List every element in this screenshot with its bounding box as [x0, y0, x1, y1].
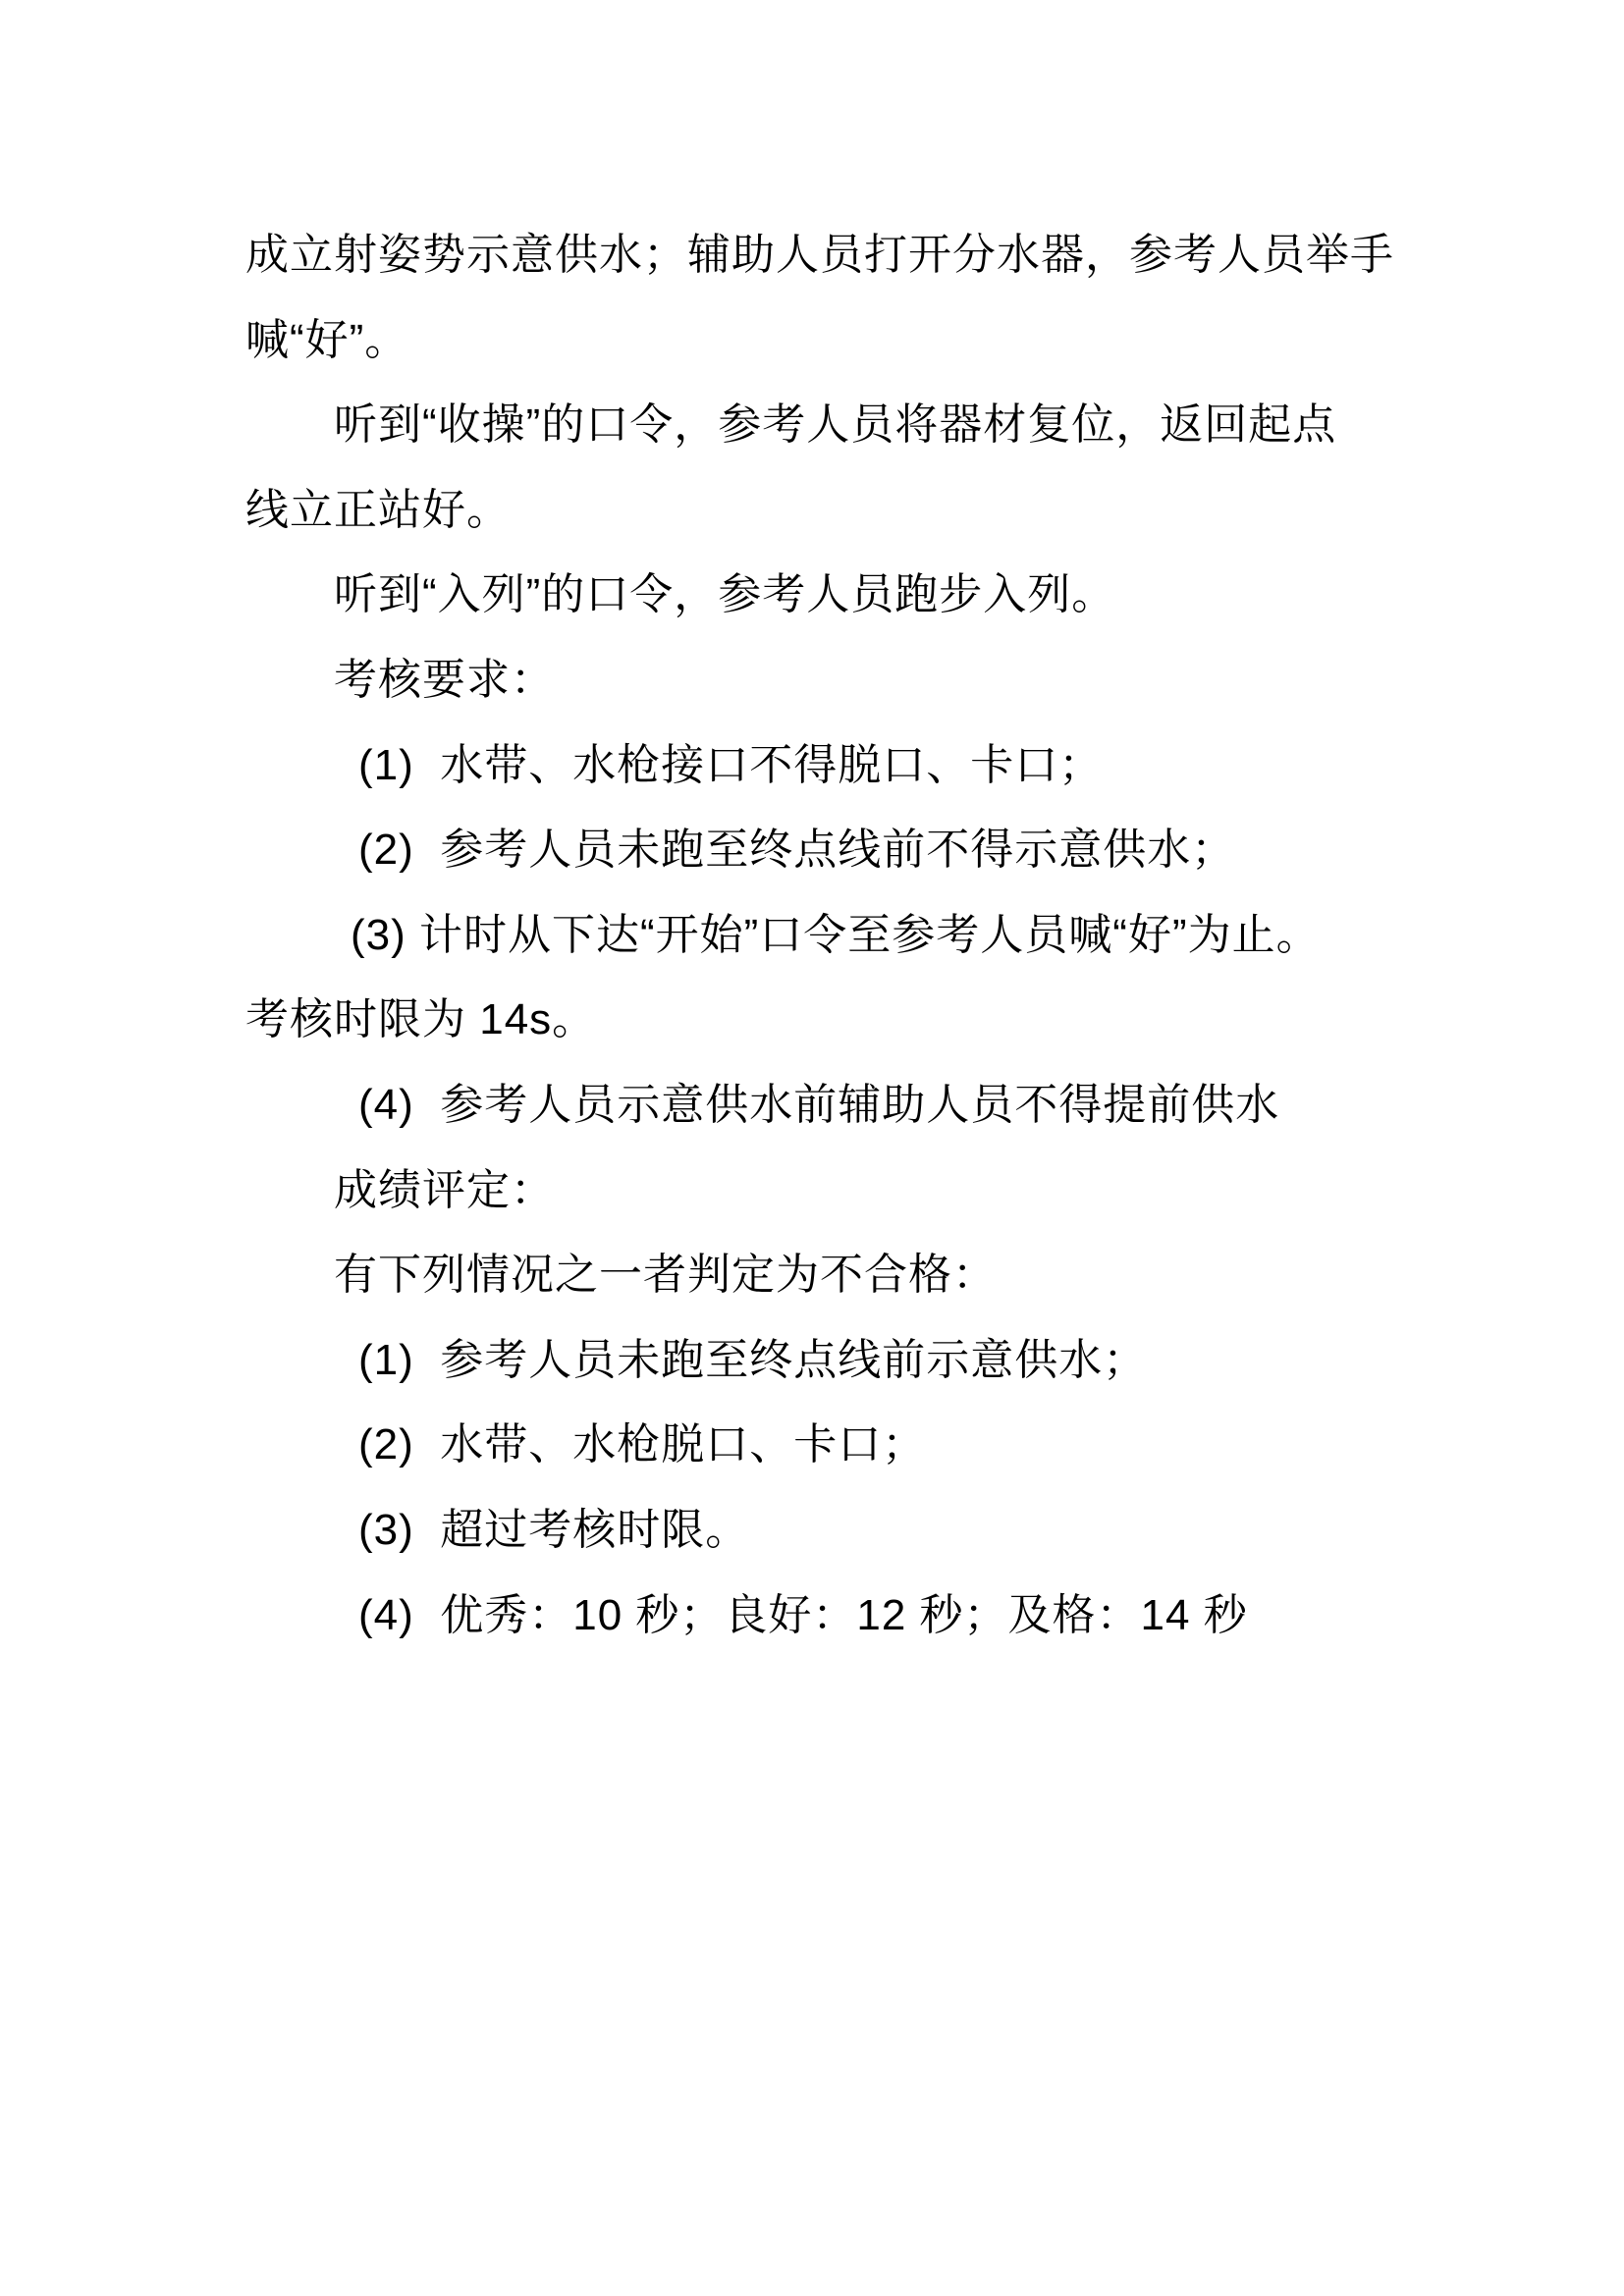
document-line-12: 成绩评定：	[0, 1148, 1624, 1234]
document-line-15: (2) 水带、水枪脱口、卡口；	[0, 1403, 1624, 1488]
document-line-4: 线立正站好。	[0, 468, 1624, 554]
document-line-13: 有下列情况之一者判定为不合格：	[0, 1233, 1624, 1318]
document-line-14: (1) 参考人员未跑至终点线前示意供水；	[0, 1318, 1624, 1404]
document-line-11: (4) 参考人员示意供水前辅助人员不得提前供水	[0, 1063, 1624, 1148]
document-page: 成立射姿势示意供水；辅助人员打开分水器，参考人员举手喊“好”。听到“收操”的口令…	[0, 0, 1624, 2296]
document-line-7: (1) 水带、水枪接口不得脱口、卡口；	[0, 723, 1624, 809]
document-line-1: 成立射姿势示意供水；辅助人员打开分水器，参考人员举手	[0, 213, 1624, 298]
document-line-5: 听到“入列”的口令，参考人员跑步入列。	[0, 553, 1624, 638]
document-line-8: (2) 参考人员未跑至终点线前不得示意供水；	[0, 808, 1624, 893]
document-line-3: 听到“收操”的口令，参考人员将器材复位，返回起点	[0, 383, 1624, 468]
document-line-9: (3) 计时从下达“开始”口令至参考人员喊“好”为止。	[0, 893, 1624, 979]
document-line-6: 考核要求：	[0, 638, 1624, 723]
document-line-10: 考核时限为 14s。	[0, 978, 1624, 1063]
document-line-17: (4) 优秀：10 秒；良好：12 秒；及格：14 秒	[0, 1574, 1624, 1659]
document-text-block: 成立射姿势示意供水；辅助人员打开分水器，参考人员举手喊“好”。听到“收操”的口令…	[0, 213, 1624, 1658]
document-line-16: (3) 超过考核时限。	[0, 1488, 1624, 1574]
document-line-2: 喊“好”。	[0, 298, 1624, 384]
